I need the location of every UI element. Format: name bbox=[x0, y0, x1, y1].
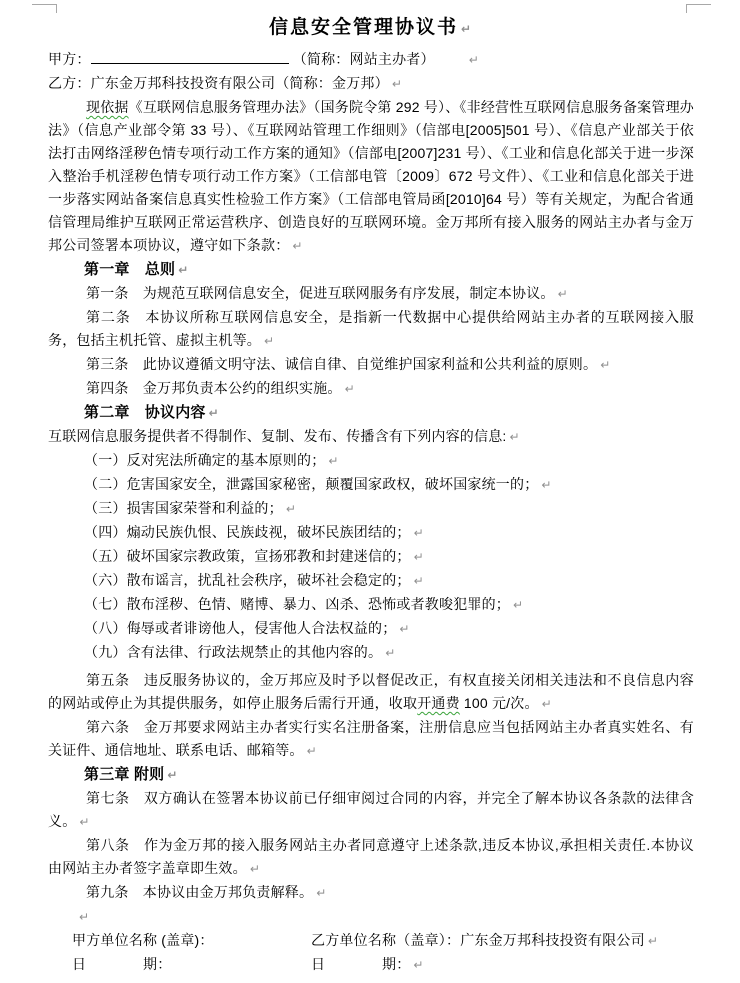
pilcrow-mark-icon: ↵ bbox=[345, 382, 355, 396]
misspelled-text: 开通费 bbox=[417, 695, 460, 711]
text-run: 第三条 此协议遵循文明守法、诚信自律、自觉维护国家利益和公共利益的原则。 bbox=[86, 356, 597, 372]
article-2: 第二条 本协议所称互联网信息安全，是指新一代数据中心提供给网站主办者的互联网接入… bbox=[48, 306, 694, 353]
pilcrow-mark-icon: ↵ bbox=[558, 287, 568, 301]
text-run: （八）侮辱或者诽谤他人，侵害他人合法权益的； bbox=[84, 620, 396, 636]
pilcrow-mark-icon: ↵ bbox=[79, 815, 89, 829]
text-run: （四）煽动民族仇恨、民族歧视，破坏民族团结的； bbox=[84, 524, 411, 540]
document-page: 信息安全管理协议书↵甲方：＿＿＿＿＿＿＿＿＿＿＿＿＿ （简称：网站主办者）↵乙方… bbox=[0, 0, 740, 983]
pilcrow-mark-icon: ↵ bbox=[542, 697, 552, 711]
article-7: 第七条 双方确认在签署本协议前已仔细审阅过合同的内容，并完全了解本协议各条款的法… bbox=[48, 787, 694, 834]
pilcrow-mark-icon: ↵ bbox=[648, 934, 658, 948]
prohibited-item-9: （九）含有法律、行政法规禁止的其他内容的。↵ bbox=[48, 641, 694, 665]
pilcrow-mark-icon: ↵ bbox=[178, 263, 188, 277]
pilcrow-mark-icon: ↵ bbox=[250, 862, 260, 876]
signature-row-1: 甲方单位名称 (盖章)：乙方单位名称（盖章）：广东金万邦科技投资有限公司↵ bbox=[48, 929, 694, 953]
pilcrow-mark-icon: ↵ bbox=[414, 550, 424, 564]
text-run: （五）破坏国家宗教政策，宣扬邪教和封建迷信的； bbox=[84, 548, 411, 564]
pilcrow-mark-icon: ↵ bbox=[286, 502, 296, 516]
pilcrow-mark-icon: ↵ bbox=[600, 358, 610, 372]
prohibited-item-6: （六）散布谣言，扰乱社会秩序，破坏社会稳定的；↵ bbox=[48, 569, 694, 593]
article-8: 第八条 作为金万邦的接入服务网站主办者同意遵守上述条款,违反本协议,承担相关责任… bbox=[48, 834, 694, 881]
pilcrow-mark-icon: ↵ bbox=[510, 430, 520, 444]
chapter-1-heading: 第一章 总则↵ bbox=[48, 258, 694, 282]
pilcrow-mark-icon: ↵ bbox=[385, 646, 395, 660]
prohibited-item-3: （三）损害国家荣誉和利益的；↵ bbox=[48, 497, 694, 521]
text-run: （简称：网站主办者） bbox=[289, 51, 435, 67]
text-run: 互联网信息服务提供者不得制作、复制、发布、传播含有下列内容的信息: bbox=[48, 428, 507, 444]
text-run: 第四条 金万邦负责本公约的组织实施。 bbox=[86, 380, 342, 396]
article-4: 第四条 金万邦负责本公约的组织实施。↵ bbox=[48, 377, 694, 401]
text-run: 甲方单位名称 (盖章)： bbox=[72, 932, 214, 948]
pilcrow-mark-icon: ↵ bbox=[413, 958, 423, 972]
text-run: 第二条 本协议所称互联网信息安全，是指新一代数据中心提供给网站主办者的互联网接入… bbox=[48, 309, 694, 348]
text-run: （三）损害国家荣誉和利益的； bbox=[84, 500, 283, 516]
pilcrow-mark-icon: ↵ bbox=[414, 526, 424, 540]
article-6: 第六条 金万邦要求网站主办者实行实名注册备案，注册信息应当包括网站主办者真实姓名… bbox=[48, 716, 694, 763]
text-run: 第三章 附则 bbox=[84, 766, 164, 783]
chapter-2-heading: 第二章 协议内容↵ bbox=[48, 401, 694, 425]
article-3: 第三条 此协议遵循文明守法、诚信自律、自觉维护国家利益和公共利益的原则。↵ bbox=[48, 353, 694, 377]
prohibited-item-2: （二）危害国家安全，泄露国家秘密，颠覆国家政权，破坏国家统一的；↵ bbox=[48, 473, 694, 497]
text-run: （九）含有法律、行政法规禁止的其他内容的。 bbox=[84, 644, 382, 660]
pilcrow-mark-icon: ↵ bbox=[209, 406, 219, 420]
misspelled-text: 现依据 bbox=[86, 99, 129, 115]
prohibited-intro: 互联网信息服务提供者不得制作、复制、发布、传播含有下列内容的信息:↵ bbox=[48, 425, 694, 449]
pilcrow-mark-icon: ↵ bbox=[513, 598, 523, 612]
document-body: 信息安全管理协议书↵甲方：＿＿＿＿＿＿＿＿＿＿＿＿＿ （简称：网站主办者）↵乙方… bbox=[48, 12, 694, 977]
article-1: 第一条 为规范互联网信息安全，促进互联网服务有序发展，制定本协议。↵ bbox=[48, 282, 694, 306]
doc-title: 信息安全管理协议书↵ bbox=[48, 12, 694, 45]
pilcrow-mark-icon: ↵ bbox=[167, 768, 177, 782]
text-run: 第七条 双方确认在签署本协议前已仔细审阅过合同的内容，并完全了解本协议各条款的法… bbox=[48, 790, 694, 829]
text-run: 信息安全管理协议书 bbox=[269, 17, 458, 38]
pilcrow-mark-icon: ↵ bbox=[399, 622, 409, 636]
text-run: 第六条 金万邦要求网站主办者实行实名注册备案，注册信息应当包括网站主办者真实姓名… bbox=[48, 719, 694, 758]
text-run: （六）散布谣言，扰乱社会秩序，破坏社会稳定的； bbox=[84, 572, 411, 588]
pilcrow-mark-icon: ↵ bbox=[79, 910, 89, 924]
signature-row-2-col-2: 日 期：↵ bbox=[311, 953, 694, 977]
article-5: 第五条 违反服务协议的，金万邦应及时予以督促改正，有权直接关闭相关违法和不良信息… bbox=[48, 669, 694, 716]
text-run: 第八条 作为金万邦的接入服务网站主办者同意遵守上述条款,违反本协议,承担相关责任… bbox=[48, 837, 694, 876]
signature-row-2-col-1: 日 期： bbox=[48, 953, 311, 977]
signature-row-1-col-2: 乙方单位名称（盖章）：广东金万邦科技投资有限公司↵ bbox=[311, 929, 694, 953]
prohibited-item-5: （五）破坏国家宗教政策，宣扬邪教和封建迷信的；↵ bbox=[48, 545, 694, 569]
text-run: 第二章 协议内容 bbox=[84, 404, 206, 421]
party-a-line: 甲方：＿＿＿＿＿＿＿＿＿＿＿＿＿ （简称：网站主办者）↵ bbox=[48, 48, 694, 72]
pilcrow-mark-icon: ↵ bbox=[392, 77, 402, 91]
chapter-3-heading: 第三章 附则↵ bbox=[48, 763, 694, 787]
pilcrow-mark-icon: ↵ bbox=[461, 22, 473, 36]
text-run: （七）散布淫秽、色情、赌博、暴力、凶杀、恐怖或者教唆犯罪的； bbox=[84, 596, 510, 612]
pilcrow-mark-icon: ↵ bbox=[328, 454, 338, 468]
text-run: 甲方： bbox=[48, 51, 91, 67]
article-9: 第九条 本协议由金万邦负责解释。↵ bbox=[48, 881, 694, 905]
text-run: 乙方：广东金万邦科技投资有限公司（简称：金万邦） bbox=[48, 75, 389, 91]
pilcrow-mark-icon: ↵ bbox=[264, 334, 274, 348]
prohibited-item-8: （八）侮辱或者诽谤他人，侵害他人合法权益的；↵ bbox=[48, 617, 694, 641]
prohibited-item-4: （四）煽动民族仇恨、民族歧视，破坏民族团结的；↵ bbox=[48, 521, 694, 545]
text-run: 100 元/次。 bbox=[460, 695, 539, 711]
preamble: 现依据《互联网信息服务管理办法》（国务院令第 292 号）、《非经营性互联网信息… bbox=[48, 96, 694, 258]
text-run: 第五条 违反服务协议的，金万邦应及时予以督促改正，有权直接关闭相关违法和不良信息… bbox=[48, 672, 694, 711]
blank-paragraph: ↵ bbox=[48, 905, 694, 929]
party-b-line: 乙方：广东金万邦科技投资有限公司（简称：金万邦）↵ bbox=[48, 72, 694, 96]
pilcrow-mark-icon: ↵ bbox=[414, 574, 424, 588]
signature-row-2: 日 期：日 期：↵ bbox=[48, 953, 694, 977]
prohibited-item-7: （七）散布淫秽、色情、赌博、暴力、凶杀、恐怖或者教唆犯罪的；↵ bbox=[48, 593, 694, 617]
pilcrow-mark-icon: ↵ bbox=[469, 53, 479, 67]
text-run: （二）危害国家安全，泄露国家秘密，颠覆国家政权，破坏国家统一的； bbox=[84, 476, 538, 492]
text-run: 日 期： bbox=[72, 956, 171, 972]
text-run: 日 期： bbox=[311, 956, 410, 972]
text-run: 《互联网信息服务管理办法》（国务院令第 292 号）、《非经营性互联网信息服务备… bbox=[48, 99, 694, 253]
prohibited-item-1: （一）反对宪法所确定的基本原则的；↵ bbox=[48, 449, 694, 473]
fill-in-blank-line: ＿＿＿＿＿＿＿＿＿＿＿＿＿ bbox=[91, 50, 289, 64]
text-run: 第九条 本协议由金万邦负责解释。 bbox=[86, 884, 313, 900]
pilcrow-mark-icon: ↵ bbox=[541, 478, 551, 492]
pilcrow-mark-icon: ↵ bbox=[292, 239, 302, 253]
text-run: 第一条 为规范互联网信息安全，促进互联网服务有序发展，制定本协议。 bbox=[86, 285, 555, 301]
text-run: 第一章 总则 bbox=[84, 261, 175, 278]
pilcrow-mark-icon: ↵ bbox=[307, 744, 317, 758]
text-run: （一）反对宪法所确定的基本原则的； bbox=[84, 452, 325, 468]
text-run: 乙方单位名称（盖章）：广东金万邦科技投资有限公司 bbox=[311, 932, 645, 948]
pilcrow-mark-icon: ↵ bbox=[316, 886, 326, 900]
signature-row-1-col-1: 甲方单位名称 (盖章)： bbox=[48, 929, 311, 953]
